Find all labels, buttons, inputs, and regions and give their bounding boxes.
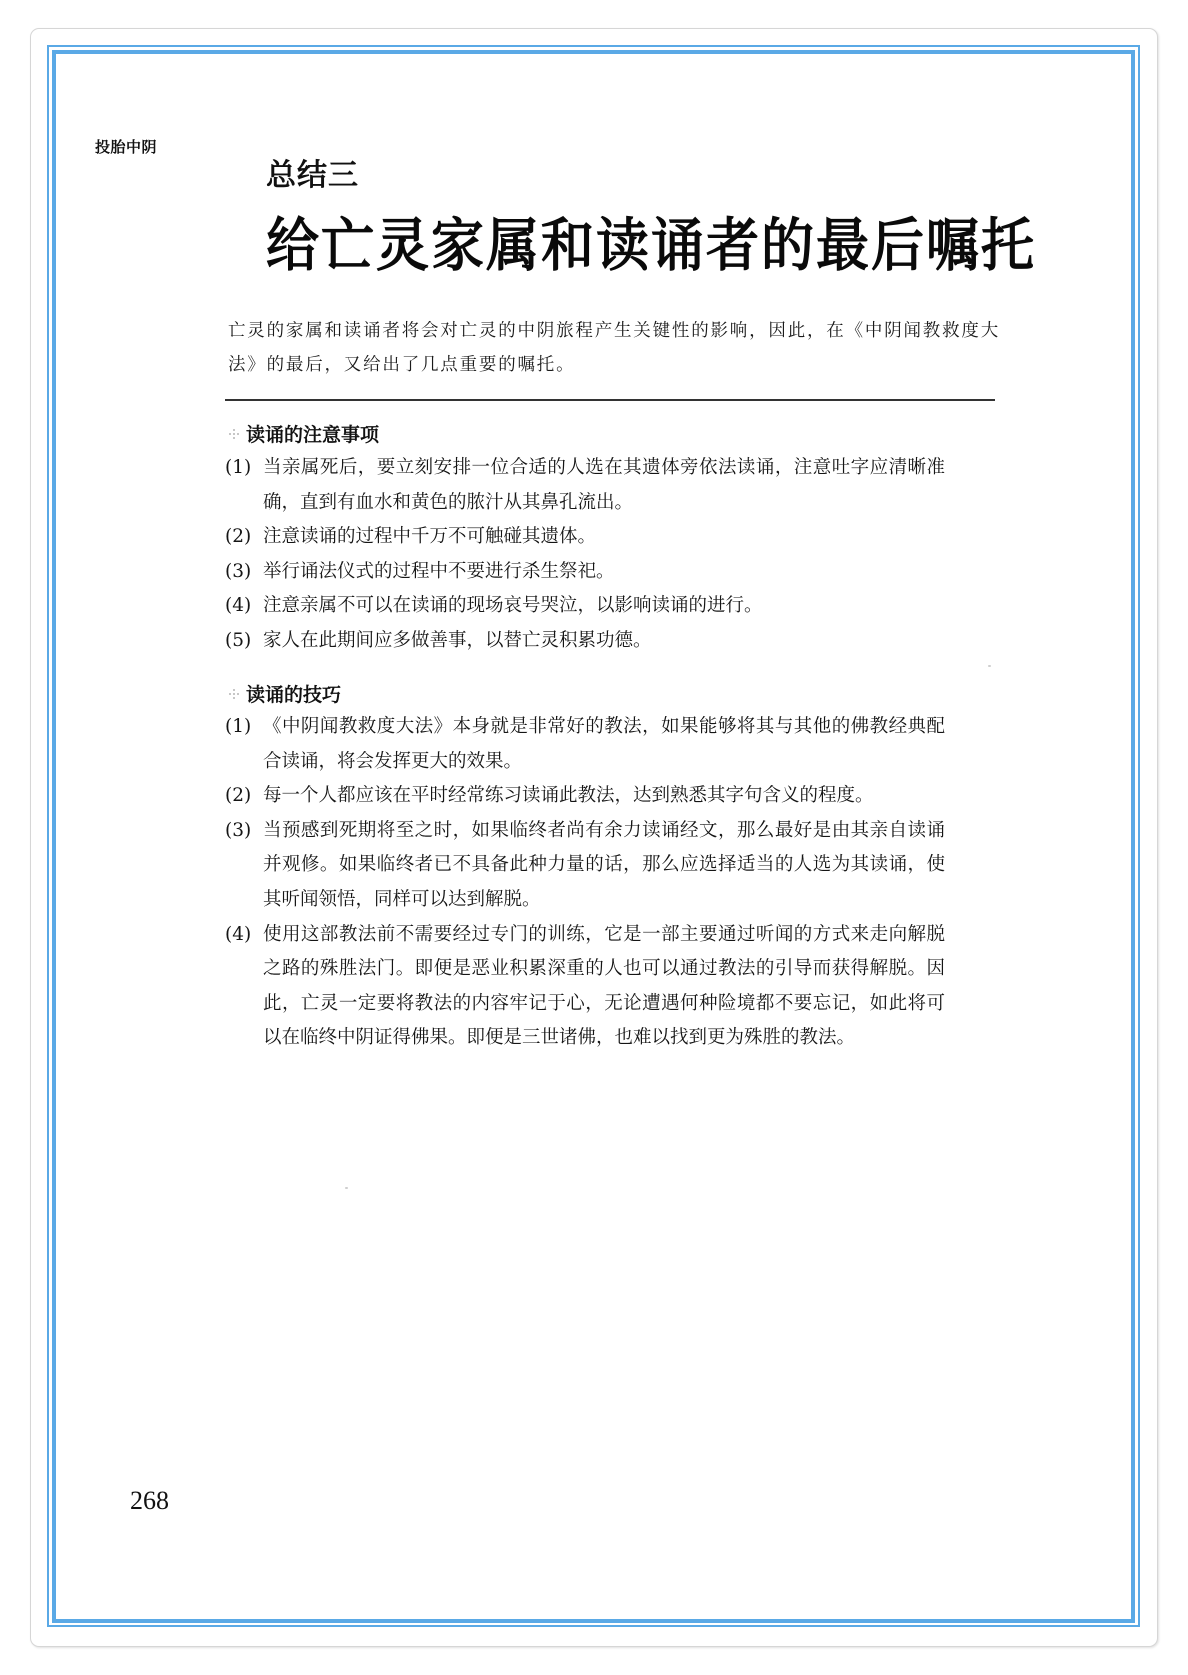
- intro-paragraph: 亡灵的家属和读诵者将会对亡灵的中阴旅程产生关键性的影响，因此，在《中阴闻教救度大…: [228, 314, 1000, 382]
- section-heading-text: 读诵的注意事项: [246, 420, 379, 447]
- section-heading-techniques: 读诵的技巧: [228, 680, 341, 707]
- scan-speck: [345, 1187, 348, 1189]
- list-item: (2)注意读诵的过程中千万不可触碰其遗体。: [225, 520, 945, 555]
- list-item: (2)每一个人都应该在平时经常练习读诵此教法，达到熟悉其字句含义的程度。: [225, 779, 945, 814]
- divider-rule: [225, 399, 995, 401]
- page-number: 268: [130, 1486, 169, 1516]
- flower-bullet-icon: [228, 428, 240, 440]
- chapter-title: 给亡灵家属和读诵者的最后嘱托: [266, 200, 1036, 282]
- list-item: (3)当预感到死期将至之时，如果临终者尚有余力读诵经文，那么最好是由其亲自读诵并…: [225, 814, 945, 918]
- chapter-label: 总结三: [266, 150, 359, 194]
- section-heading-text: 读诵的技巧: [246, 680, 341, 707]
- list-item: (4)使用这部教法前不需要经过专门的训练，它是一部主要通过听闻的方式来走向解脱之…: [225, 918, 945, 1056]
- running-head: 投胎中阴: [95, 136, 157, 157]
- section-heading-precautions: 读诵的注意事项: [228, 420, 379, 447]
- list-item: (3)举行诵法仪式的过程中不要进行杀生祭祀。: [225, 555, 945, 590]
- flower-bullet-icon: [228, 688, 240, 700]
- list-item: (4)注意亲属不可以在读诵的现场哀号哭泣，以影响读诵的进行。: [225, 589, 945, 624]
- scan-speck: [988, 665, 991, 667]
- techniques-list: (1)《中阴闻教救度大法》本身就是非常好的教法，如果能够将其与其他的佛教经典配合…: [225, 710, 945, 1056]
- list-item: (5)家人在此期间应多做善事，以替亡灵积累功德。: [225, 624, 945, 659]
- list-item: (1)《中阴闻教救度大法》本身就是非常好的教法，如果能够将其与其他的佛教经典配合…: [225, 710, 945, 779]
- precautions-list: (1)当亲属死后，要立刻安排一位合适的人选在其遗体旁依法读诵，注意吐字应清晰准确…: [225, 451, 945, 659]
- list-item: (1)当亲属死后，要立刻安排一位合适的人选在其遗体旁依法读诵，注意吐字应清晰准确…: [225, 451, 945, 520]
